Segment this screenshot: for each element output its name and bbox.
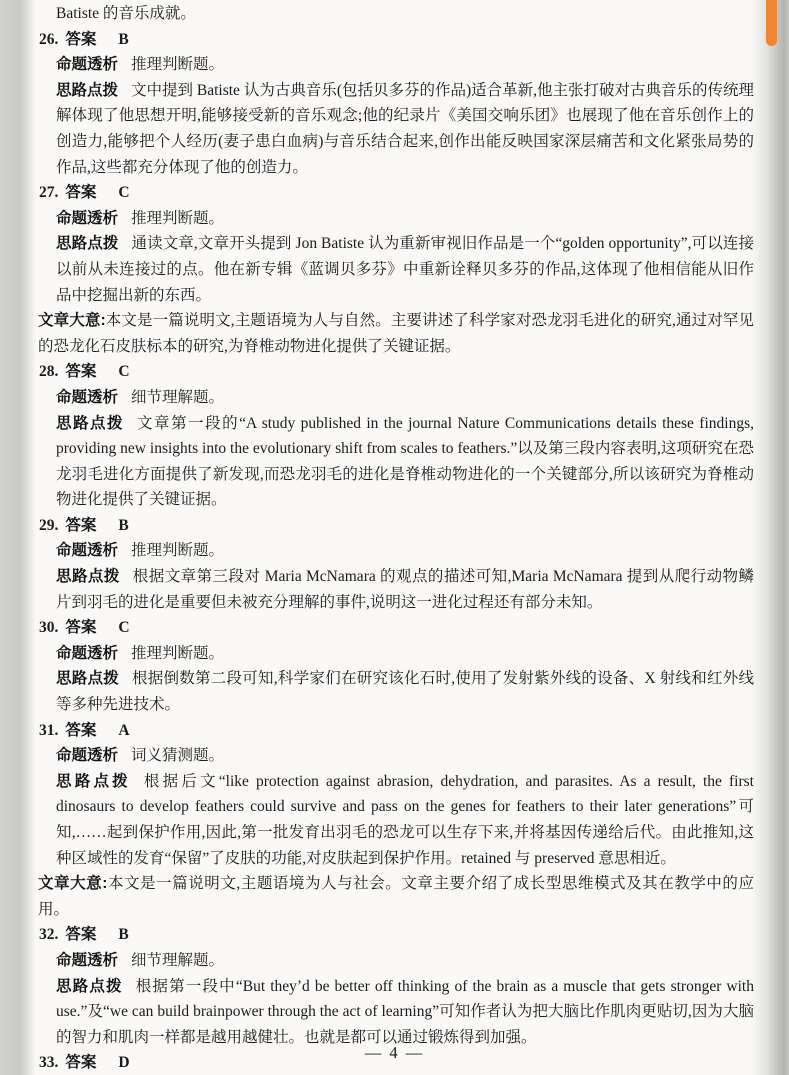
- answer-value: C: [118, 184, 129, 201]
- question-number: 32.: [39, 926, 58, 943]
- question-type-line: 命题透析推理判断题。: [38, 538, 754, 564]
- question-number: 27.: [39, 184, 58, 201]
- section-text: 根据后文“like protection against abrasion, d…: [56, 773, 754, 867]
- question-number: 30.: [39, 619, 58, 636]
- continuation-text: Batiste 的音乐成就。: [56, 5, 196, 22]
- answer-label: 答案: [65, 31, 96, 48]
- answer-value: C: [118, 619, 129, 636]
- section-label: 思路点拨: [56, 82, 118, 99]
- section-label: 文章大意:: [38, 875, 107, 892]
- hint-paragraph: 思路点拨根据文章第三段对 Maria McNamara 的观点的描述可知,Mar…: [38, 564, 754, 615]
- answer-value: C: [118, 363, 129, 380]
- section-label: 命题透析: [56, 952, 118, 969]
- section-text: 词义猜测题。: [131, 747, 224, 764]
- question-type-line: 命题透析词义猜测题。: [38, 743, 754, 769]
- question-type-line: 命题透析推理判断题。: [38, 52, 754, 78]
- answer-value: A: [118, 722, 129, 739]
- document-viewer: Batiste 的音乐成就。26.答案B命题透析推理判断题。思路点拨文中提到 B…: [0, 0, 789, 1075]
- question-type-line: 命题透析细节理解题。: [38, 948, 754, 974]
- section-text: 推理判断题。: [131, 56, 224, 73]
- page-number: — 4 —: [0, 1043, 789, 1063]
- question-number: 29.: [39, 517, 58, 534]
- section-text: 本文是一篇说明文,主题语境为人与社会。文章主要介绍了成长型思维模式及其在教学中的…: [38, 875, 754, 918]
- hint-paragraph: 思路点拨根据后文“like protection against abrasio…: [38, 769, 754, 871]
- hint-paragraph: 思路点拨根据第一段中“But they’d be better off thin…: [38, 974, 754, 1051]
- question-type-line: 命题透析推理判断题。: [38, 641, 754, 667]
- page-right-edge: [751, 0, 789, 1075]
- answer-line: 31.答案A: [38, 718, 754, 744]
- hint-paragraph: 思路点拨通读文章,文章开头提到 Jon Batiste 认为重新审视旧作品是一个…: [38, 231, 754, 308]
- section-label: 思路点拨: [56, 773, 131, 790]
- section-text: 细节理解题。: [131, 389, 224, 406]
- section-text: 推理判断题。: [131, 542, 224, 559]
- section-label: 思路点拨: [56, 415, 124, 432]
- answer-value: B: [118, 517, 128, 534]
- section-text: 本文是一篇说明文,主题语境为人与自然。主要讲述了科学家对恐龙羽毛进化的研究,通过…: [38, 312, 754, 355]
- question-type-line: 命题透析细节理解题。: [38, 385, 754, 411]
- section-label: 命题透析: [56, 56, 118, 73]
- section-label: 思路点拨: [56, 235, 118, 252]
- section-label: 思路点拨: [56, 670, 119, 687]
- passage-summary: 文章大意:本文是一篇说明文,主题语境为人与自然。主要讲述了科学家对恐龙羽毛进化的…: [38, 308, 754, 359]
- answer-value: B: [118, 926, 128, 943]
- section-text: 文章第一段的“A study published in the journal …: [56, 415, 754, 509]
- passage-summary: 文章大意:本文是一篇说明文,主题语境为人与社会。文章主要介绍了成长型思维模式及其…: [38, 871, 754, 922]
- answer-value: B: [118, 31, 128, 48]
- section-label: 命题透析: [56, 645, 118, 662]
- answer-line: 26.答案B: [38, 27, 754, 53]
- section-text: 根据第一段中“But they’d be better off thinking…: [56, 978, 754, 1046]
- answer-label: 答案: [65, 363, 96, 380]
- question-number: 31.: [39, 722, 58, 739]
- hint-paragraph: 思路点拨文中提到 Batiste 认为古典音乐(包括贝多芬的作品)适合革新,他主…: [38, 78, 754, 180]
- section-label: 命题透析: [56, 210, 118, 227]
- answer-line: 30.答案C: [38, 615, 754, 641]
- section-label: 命题透析: [56, 389, 118, 406]
- answer-label: 答案: [65, 184, 96, 201]
- answer-label: 答案: [65, 722, 96, 739]
- page-left-edge: [0, 0, 36, 1075]
- section-text: 通读文章,文章开头提到 Jon Batiste 认为重新审视旧作品是一个“gol…: [56, 235, 754, 303]
- section-label: 思路点拨: [56, 568, 120, 585]
- paragraph-continuation-line: Batiste 的音乐成就。: [38, 1, 754, 27]
- question-number: 26.: [39, 31, 58, 48]
- section-text: 推理判断题。: [131, 210, 224, 227]
- document-blocks: Batiste 的音乐成就。26.答案B命题透析推理判断题。思路点拨文中提到 B…: [38, 1, 754, 1075]
- scrollbar-thumb[interactable]: [766, 0, 777, 46]
- section-text: 根据倒数第二段可知,科学家们在研究该化石时,使用了发射紫外线的设备、X 射线和红…: [56, 670, 754, 713]
- hint-paragraph: 思路点拨文章第一段的“A study published in the jour…: [38, 411, 754, 513]
- answer-line: 29.答案B: [38, 513, 754, 539]
- answer-line: 32.答案B: [38, 922, 754, 948]
- answer-label: 答案: [65, 619, 96, 636]
- answer-label: 答案: [65, 926, 96, 943]
- question-type-line: 命题透析推理判断题。: [38, 206, 754, 232]
- answer-label: 答案: [65, 517, 96, 534]
- section-text: 根据文章第三段对 Maria McNamara 的观点的描述可知,Maria M…: [56, 568, 754, 611]
- section-text: 文中提到 Batiste 认为古典音乐(包括贝多芬的作品)适合革新,他主张打破对…: [56, 82, 754, 176]
- question-number: 28.: [39, 363, 58, 380]
- hint-paragraph: 思路点拨根据倒数第二段可知,科学家们在研究该化石时,使用了发射紫外线的设备、X …: [38, 666, 754, 717]
- section-label: 命题透析: [56, 542, 118, 559]
- section-label: 文章大意:: [38, 312, 106, 329]
- answer-line: 27.答案C: [38, 180, 754, 206]
- section-text: 细节理解题。: [131, 952, 224, 969]
- section-label: 思路点拨: [56, 978, 123, 995]
- section-label: 命题透析: [56, 747, 118, 764]
- section-text: 推理判断题。: [131, 645, 224, 662]
- answer-line: 28.答案C: [38, 359, 754, 385]
